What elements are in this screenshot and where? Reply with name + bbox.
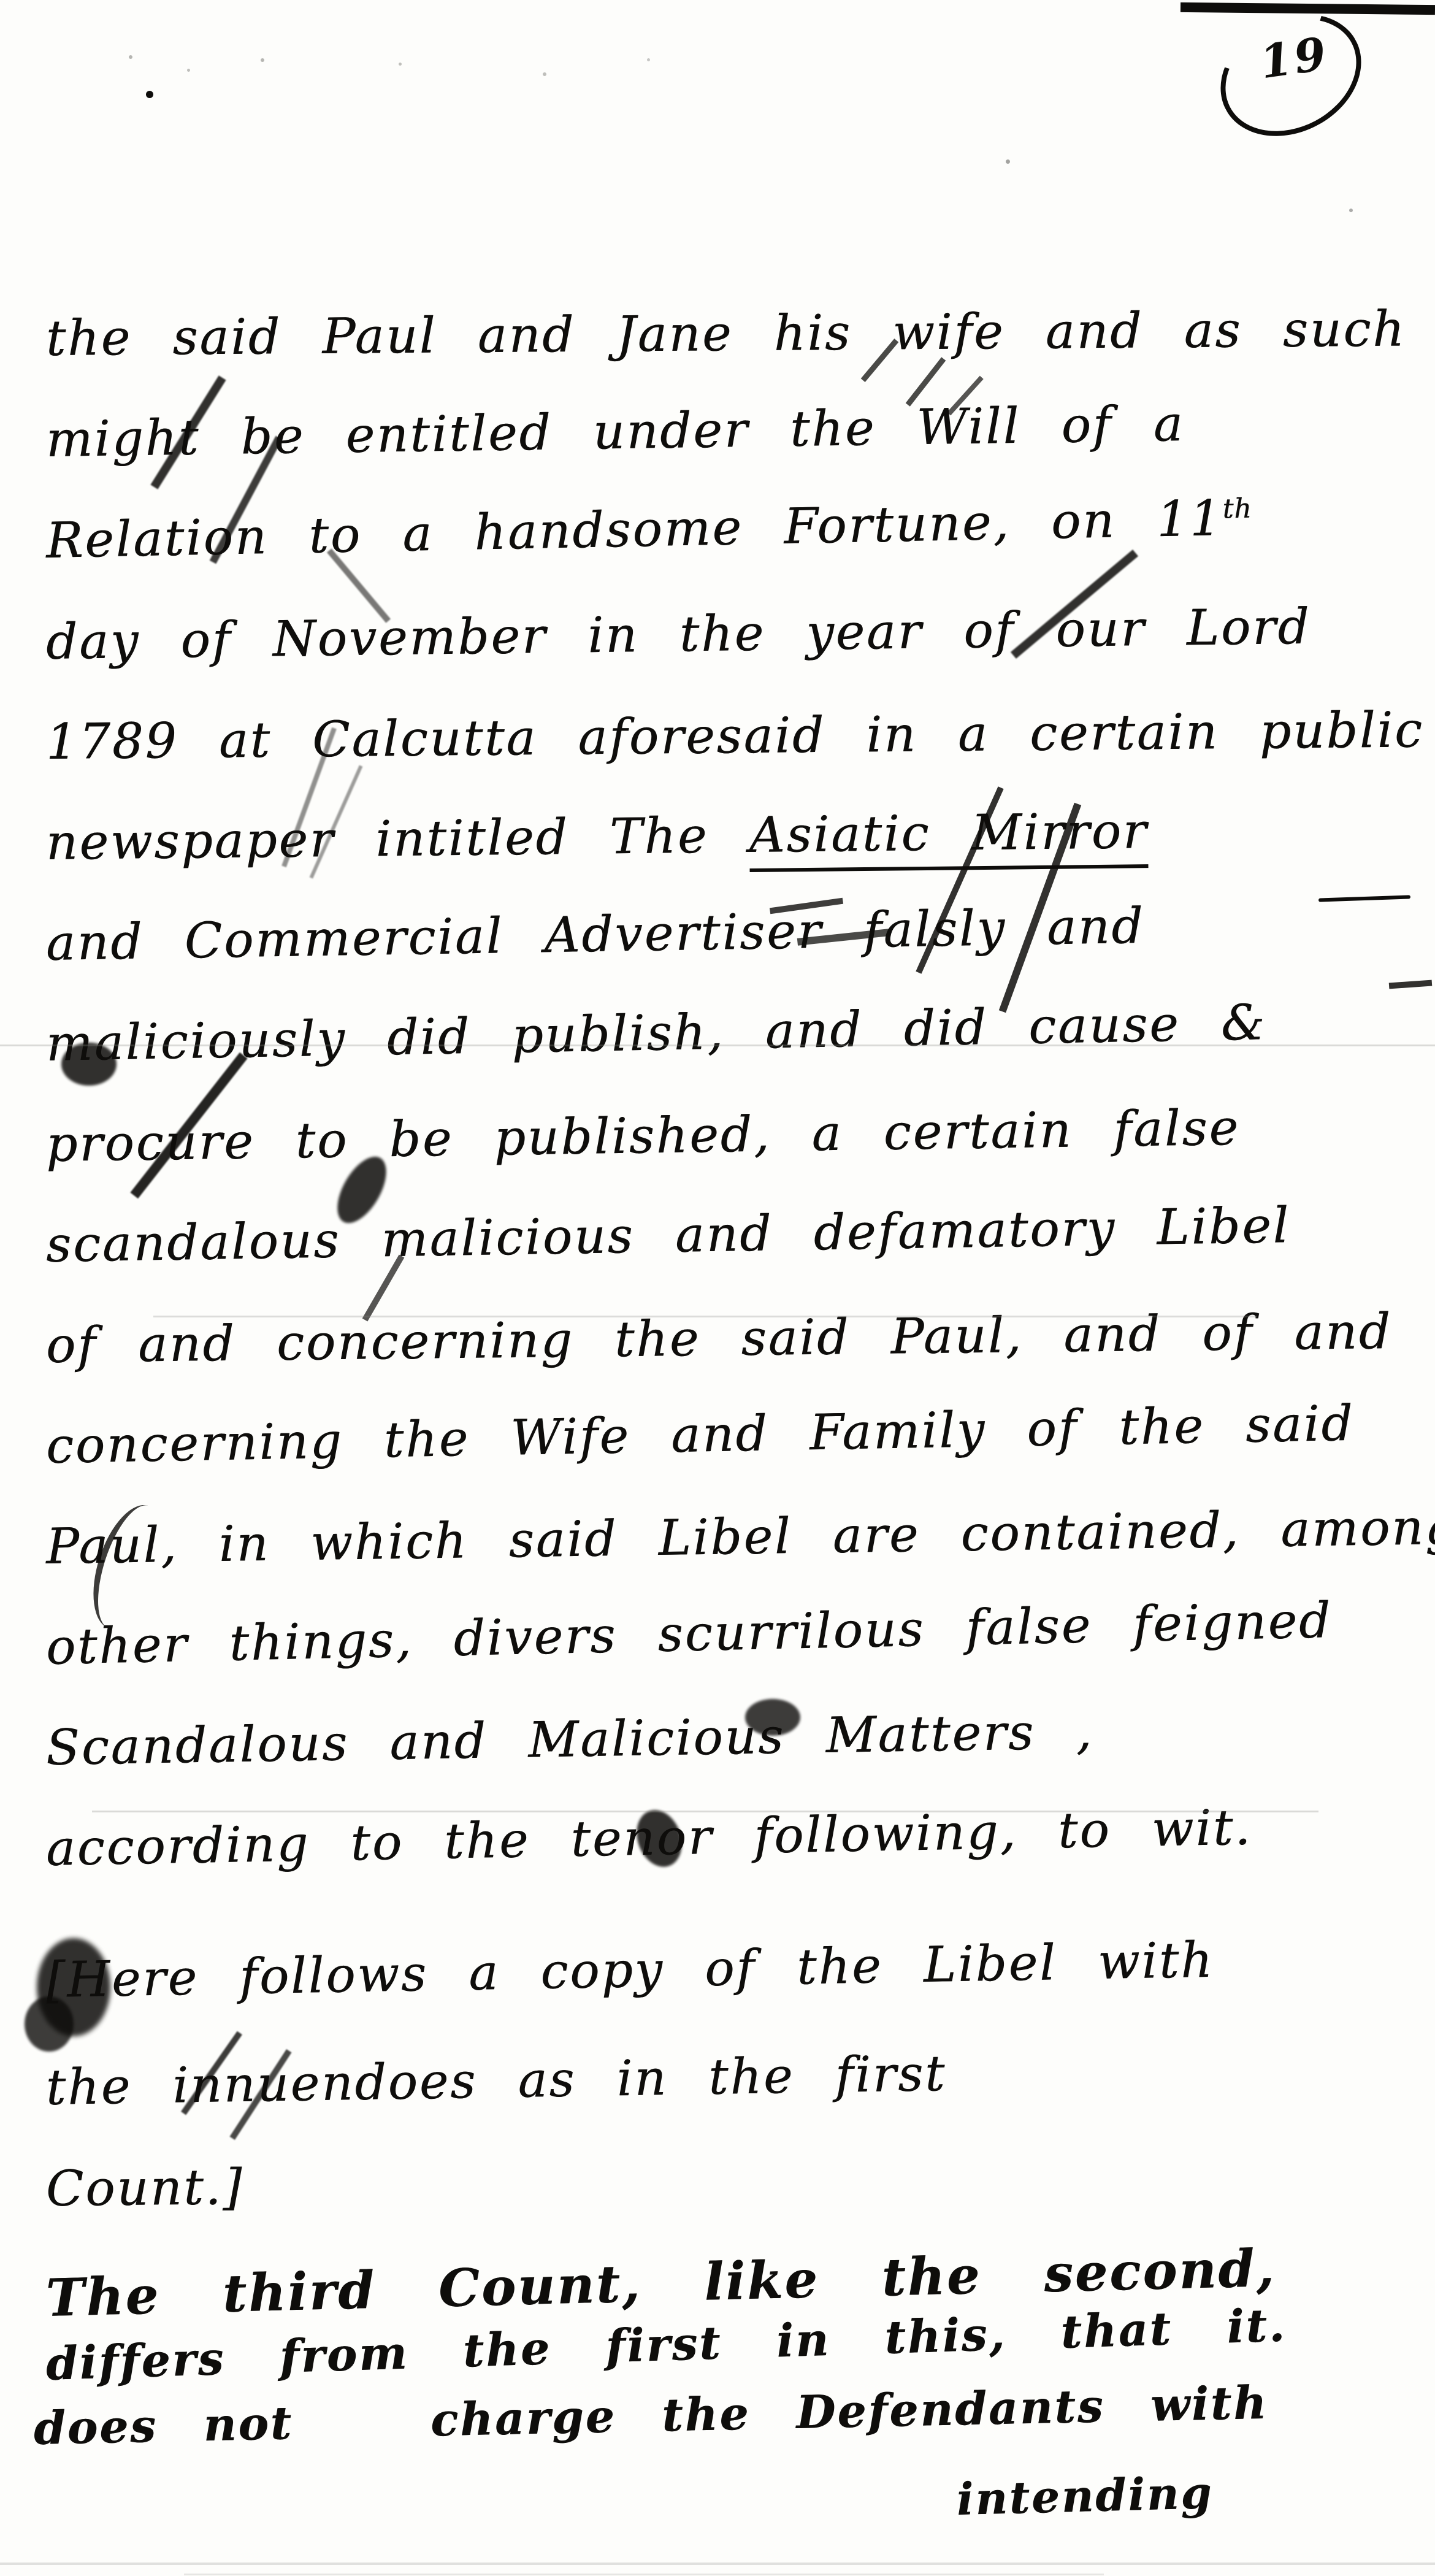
- manuscript-line: Paul, in which said Libel are contained,…: [45, 1498, 1435, 1575]
- ink-dot: [146, 91, 153, 98]
- dust-speck: [1006, 159, 1010, 164]
- underline-extension: [1318, 895, 1410, 902]
- manuscript-line: scandalous malicious and defamatory Libe…: [45, 1197, 1291, 1273]
- dust-speck: [129, 55, 132, 59]
- underlined-newspaper-title: Asiatic Mirror: [749, 802, 1149, 872]
- line-text: newspaper intitled The: [46, 807, 750, 871]
- manuscript-line: of and concerning the said Paul, and of …: [46, 1303, 1393, 1374]
- manuscript-line: Scandalous and Malicious Matters ,: [45, 1703, 1093, 1776]
- superscript-ordinal: th: [1222, 493, 1252, 525]
- page-number: 19: [1257, 28, 1332, 90]
- manuscript-line: maliciously did publish, and did cause &: [45, 994, 1267, 1072]
- dust-speck: [261, 58, 264, 62]
- scan-streak: [184, 2574, 1104, 2575]
- scan-streak: [92, 1811, 1318, 1812]
- manuscript-line: concerning the Wife and Family of the sa…: [45, 1395, 1355, 1474]
- page-number-badge: 19: [1217, 18, 1364, 132]
- line-text: Relation to a handsome Fortune, on 11: [45, 489, 1223, 569]
- manuscript-line: [Here follows a copy of the Libel with: [45, 1931, 1214, 2009]
- scan-streak: [153, 1316, 1257, 1317]
- manuscript-line: other things, divers scurrilous false fe…: [45, 1592, 1333, 1676]
- manuscript-line: newspaper intitled The Asiatic Mirror: [46, 802, 1149, 871]
- manuscript-line: 1789 at Calcutta aforesaid in a certain …: [46, 701, 1425, 770]
- manuscript-line: procure to be published, a certain false: [45, 1099, 1240, 1173]
- ink-blot: [61, 1043, 117, 1086]
- scan-streak: [0, 2563, 1435, 2565]
- manuscript-page: 19 the said Paul and Jane his wife and a…: [0, 0, 1435, 2576]
- scan-streak: [0, 1045, 1435, 1046]
- dust-speck: [1349, 209, 1353, 212]
- catchword: intending: [956, 2466, 1214, 2525]
- ink-blot: [25, 1996, 74, 2052]
- manuscript-line: and Commercial Advertiser falsly and: [45, 897, 1145, 972]
- manuscript-line: day of November in the year of our Lord: [45, 598, 1311, 670]
- ink-smudge: [1389, 980, 1433, 989]
- dust-speck: [543, 72, 546, 76]
- manuscript-line: Count.]: [46, 2158, 244, 2217]
- ink-blot: [745, 1699, 800, 1736]
- manuscript-line: the innuendoes as in the first: [45, 2045, 947, 2116]
- manuscript-line: might be entitled under the Will of a: [45, 395, 1185, 468]
- manuscript-line: the said Paul and Jane his wife and as s…: [46, 301, 1406, 367]
- dust-speck: [399, 63, 402, 66]
- manuscript-line: does not charge the Defendants with: [33, 2377, 1269, 2455]
- dust-speck: [647, 58, 650, 61]
- dust-speck: [187, 69, 190, 72]
- scan-edge-artifact: [1181, 2, 1435, 15]
